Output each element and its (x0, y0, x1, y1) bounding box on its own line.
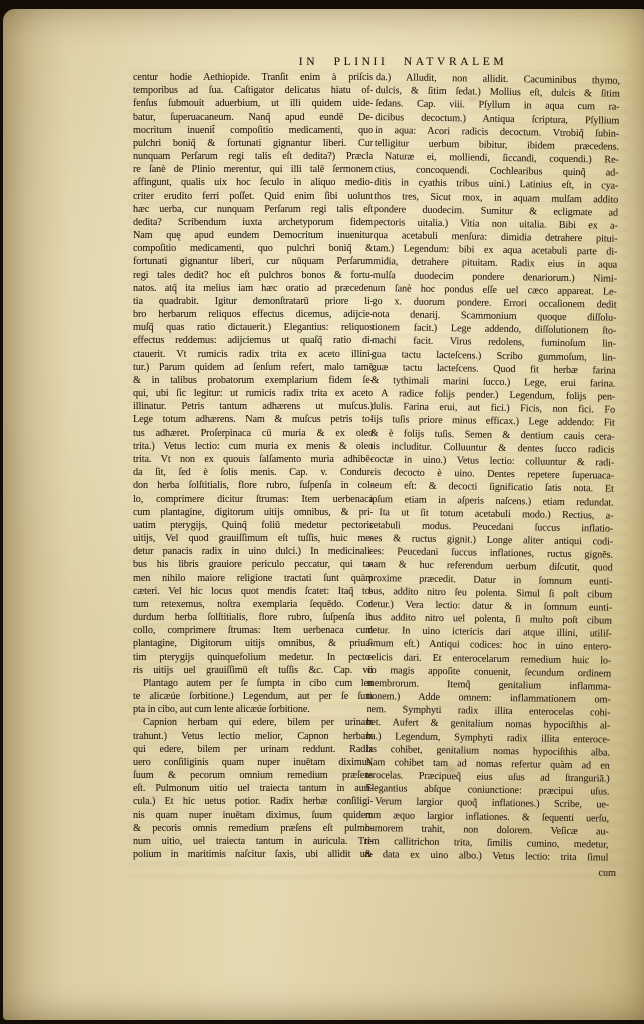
text-line: durdum herba ſolſtitialis, flore rubro, … (133, 611, 373, 624)
text-line: tur.) Parum quidem ad ſenſum refert, mal… (133, 361, 373, 374)
text-line: tim pterygijs quinquefolium medetur. In … (133, 651, 373, 664)
text-line: fenſus ſubmouit aduerbium, ut illi quide… (133, 97, 373, 110)
text-line: muſq̃ quas ratio dictauerit.) Elegantius… (133, 321, 373, 334)
text-line: plantagine, Digitorum uitijs omnibus, & … (133, 637, 373, 650)
text-line: detur panacis radix in uino dulci.) In m… (133, 545, 373, 558)
text-line: temporibus ad ſua. Caſtigator delicatus … (133, 84, 373, 97)
text-line: te alicæúe ſorbitione.) Legendum, aut pe… (133, 690, 373, 703)
text-line: ſuum & pecorum omnium remedium præſens (133, 769, 373, 782)
text-line: ris uitijs uel grauiſſimū eſt tuſſis &c.… (133, 664, 373, 677)
text-line: hæc uerba, cur nunquam Perſarum regi tal… (133, 203, 373, 216)
text-line: batur, ſuperuacaneum. Nanq̃ apud eundē D… (133, 111, 373, 124)
book-photo: IN PLINII NATVRALEM centur hodie Aethiop… (0, 0, 644, 1024)
text-column-right: da.) Alludit, non allidit. Cacuminibus t… (364, 71, 620, 865)
text-line: uitijs, Vel quod grauiſſimum eſt tuſſis,… (133, 532, 373, 545)
text-line: re ſanè de Plinio merentur, qui illi tal… (133, 163, 373, 176)
text-line: illinatur. Petris tantum adhærens ut muſ… (133, 400, 373, 413)
text-line: da ſit, ſed è ſolis menis. Cap. v. Condu… (133, 466, 373, 479)
text-line: Plantago autem per ſe ſumpta in cibo cum… (133, 677, 373, 690)
text-line: tia quadrabit. Igitur demonſtratarū prio… (133, 295, 373, 308)
text-line: pulchri boniq̃ & fortunati gignantur lib… (133, 137, 373, 150)
text-line: trahunt.) Vetus lectio melior, Capnon he… (133, 730, 373, 743)
text-line: affingunt, qualis uix hoc ſeculo in aliq… (133, 176, 373, 189)
text-column-left: centur hodie Aethiopide. Tranſit enim à … (133, 71, 373, 861)
text-line: polium in maritimis naſcitur ſaxis, ubi … (133, 848, 373, 861)
text-line: nis quam nuper inuētam diximus, ſuum qui… (133, 809, 373, 822)
text-line: uatim pterygijs, Quinq̃ foliū medetur pe… (133, 519, 373, 532)
text-line: eſt. Pulmonum uitio uel traiecta tantum … (133, 782, 373, 795)
text-line: cum plantagine, digitorum uitijs omnibus… (133, 506, 373, 519)
running-header: IN PLINII NATVRALEM (161, 56, 644, 68)
text-line: & pecoris omnis remedium præſens eſt pul… (133, 822, 373, 835)
text-line: trita. Vt non ex quouis ſalſamento muria… (133, 453, 373, 466)
text-line: compoſitio medicamenti, quo pulchri boni… (133, 242, 373, 255)
text-line: bus his libris grauiore periculo peccatu… (133, 558, 373, 571)
text-line: Capnion herbam qui edere, bilem per urin… (133, 716, 373, 729)
text-line: bro herbarum reliquos effectus dicemus, … (133, 308, 373, 321)
text-line: men nihilo maiore religione tractati ſun… (133, 572, 373, 585)
text-line: effectus reddemus: adijciemus ut quaſq̃ … (133, 334, 373, 347)
text-line: collo, comprimere ſtrumas: Item uerbenac… (133, 624, 373, 637)
text-line: Nam quę apud eundem Democritum inuenitur (133, 229, 373, 242)
text-line: cula.) Et hic uetus potior. Radix herbæ … (133, 795, 373, 808)
text-line: trita.) Vetus lectio: cum muria ex menis… (133, 440, 373, 453)
text-line: Lege totum adhærens. Nam & muſcus petris… (133, 413, 373, 426)
text-line: tus adhæret. Proſerpinaca cū muria & ex … (133, 427, 373, 440)
text-line: & in talibus probatorum exemplarium fide… (133, 374, 373, 387)
text-line: qui edere, bilem per urinam reddunt. Rad… (133, 743, 373, 756)
text-line: don herba ſolſtitialis, flore rubro, ſuſ… (133, 479, 373, 492)
book-page: IN PLINII NATVRALEM centur hodie Aethiop… (3, 9, 644, 1020)
text-line: lo, comprimere dicitur ſtrumas: Item uer… (133, 493, 373, 506)
text-line: mocritum inuenit̃ compoſitio medicamenti… (133, 124, 373, 137)
text-line: uero conſiliginis quam nuper inuētam dix… (133, 756, 373, 769)
text-line: pta in cibo, aut cum lente alicæúe ſorbi… (133, 703, 373, 716)
text-line: nunquam Perſarum regi talis eſt dedita?)… (133, 150, 373, 163)
text-line: tum retexemus, noſtra exemplaria ſequēdo… (133, 598, 373, 611)
text-line: qui, ubi ſic legitur: ut rumicis radix t… (133, 387, 373, 400)
text-line: cæteri. Vel hic locus quot mendis ſcatet… (133, 585, 373, 598)
text-line: ctauerit. Vt rumicis radix trita ex acet… (133, 348, 373, 361)
text-line: regi tales dedit? hoc eſt pulchros bonos… (133, 269, 373, 282)
text-line: dedita? Scribendum iuxta archetyporum fi… (133, 216, 373, 229)
text-line: num uitio, uel traiecta tantum in auricu… (133, 835, 373, 848)
text-line: natos. atq̃ ita melius iam hæc oratio ad… (133, 282, 373, 295)
catchword: cum (376, 862, 616, 879)
text-line: centur hodie Aethiopide. Tranſit enim à … (133, 71, 373, 84)
text-line: criter erudito ferri poſſet. Quid enim ſ… (133, 190, 373, 203)
text-line: fortunati gignantur liberi, cur nūquam P… (133, 255, 373, 268)
